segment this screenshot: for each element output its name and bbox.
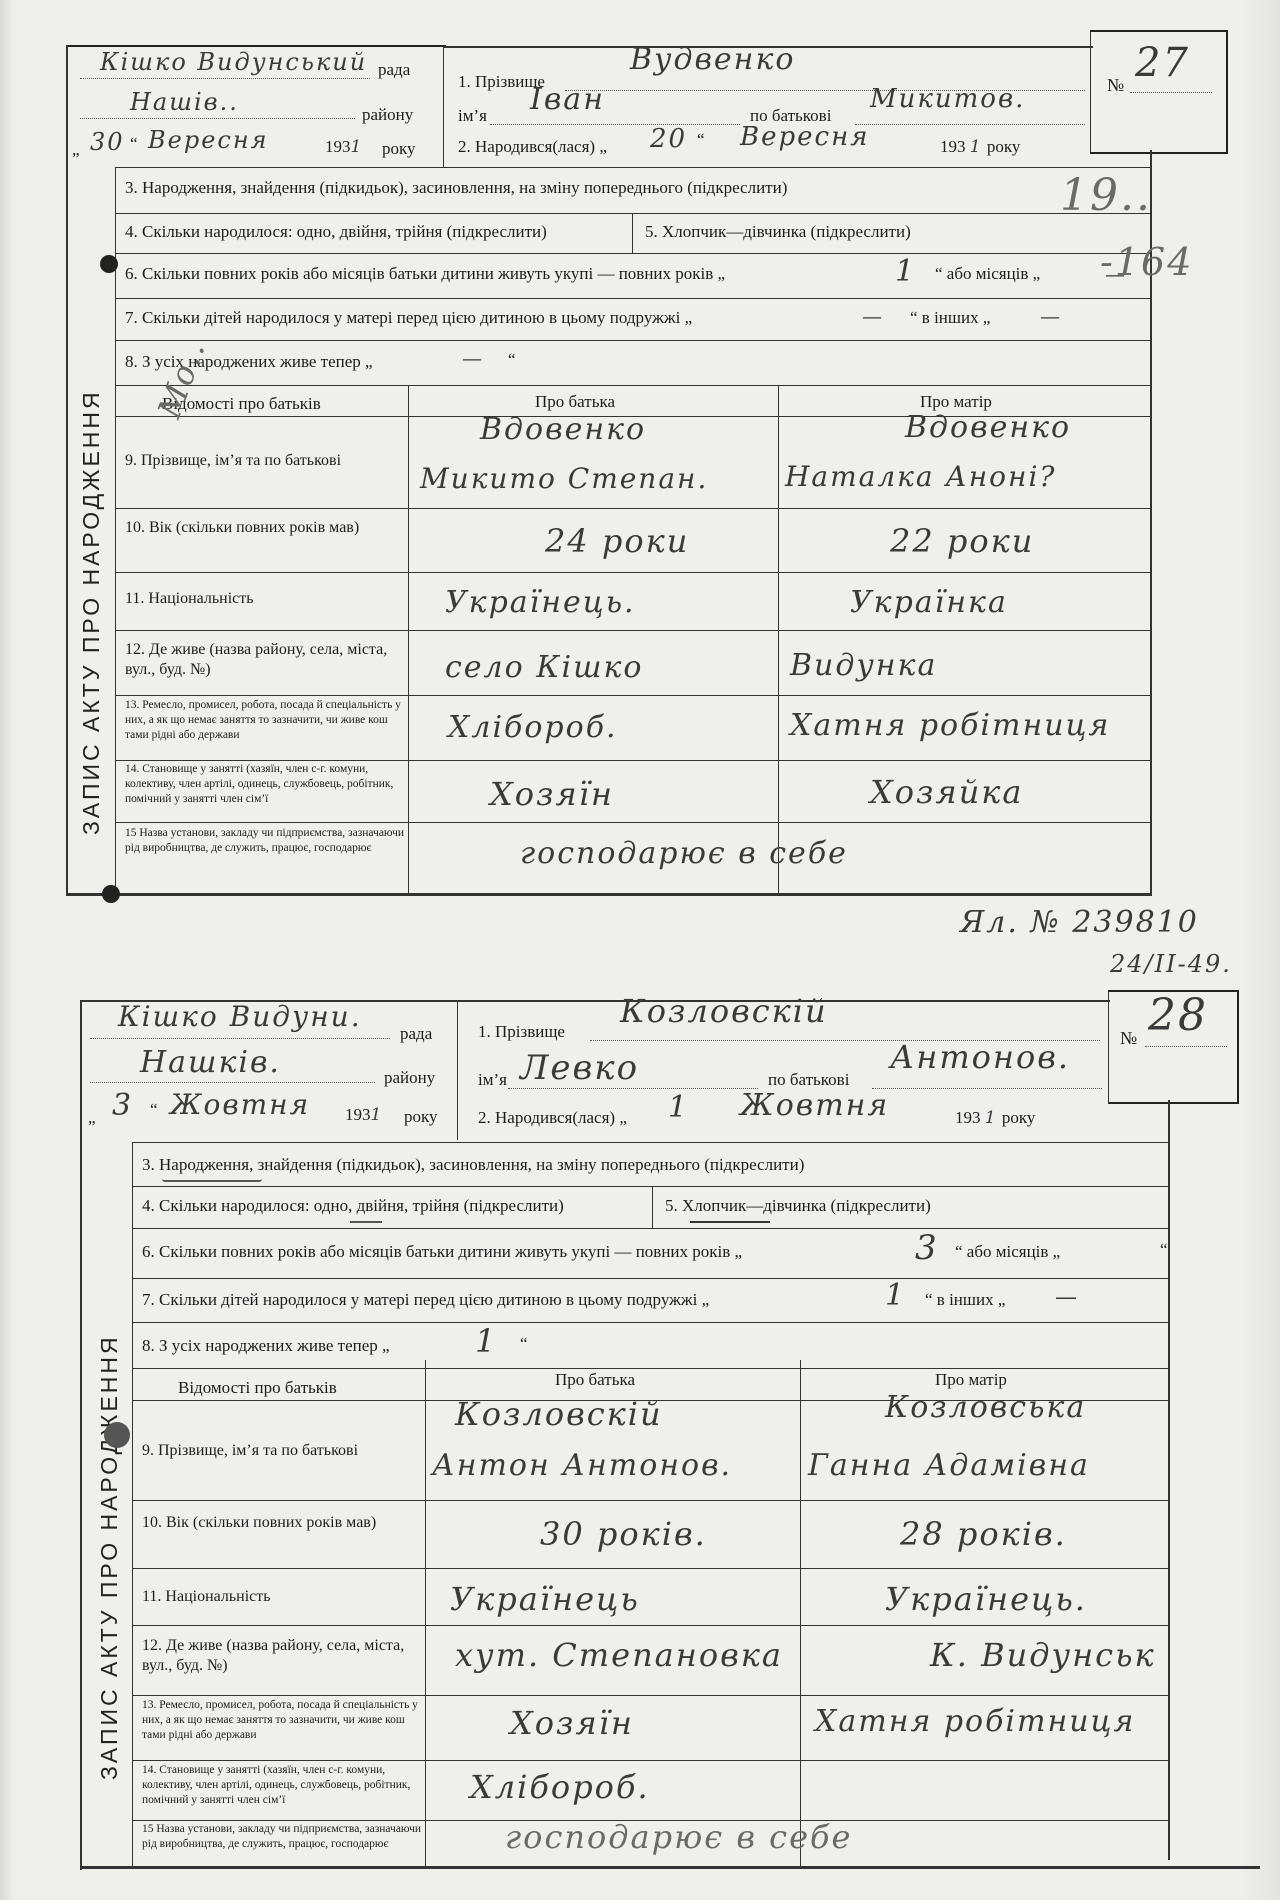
col-mother-header: Про матір — [920, 392, 992, 412]
year-digit: 1 — [970, 137, 983, 157]
rada-value: Кішко Видуни. — [118, 1000, 362, 1033]
father-workplace: господарює в себе — [520, 836, 848, 871]
row3-label: 3. Народження, знайдення (підкидьок), за… — [125, 178, 787, 198]
row6-label-a: 6. Скільки повних років або місяців бать… — [125, 264, 725, 284]
table-col-divider — [425, 1360, 426, 1866]
reg-day: 30 — [90, 128, 125, 156]
divider — [132, 1278, 1168, 1279]
row8-alive: 1 — [475, 1322, 497, 1360]
divider — [115, 340, 1150, 341]
r11-label: 11. Національність — [142, 1588, 271, 1606]
binding-hole — [102, 885, 120, 903]
year-prefix: 193 — [940, 137, 966, 156]
mother-age: 28 років. — [900, 1515, 1067, 1553]
quote-close: “ — [697, 130, 705, 150]
record-number: 28 — [1148, 990, 1208, 1041]
row5-underline-khlopchyk — [690, 1218, 770, 1223]
side-title: ЗАПИС АКТУ ПРО НАРОДЖЕННЯ — [78, 389, 105, 835]
r10-label: 10. Вік (скільки повних років мав) — [125, 518, 395, 538]
mother-nationality: Українець. — [885, 1580, 1087, 1618]
row7-this: 1 — [885, 1278, 906, 1313]
rada-label: рада — [400, 1024, 432, 1044]
father-occupation: Хозяїн — [510, 1704, 634, 1742]
birth-month: Вересня — [740, 122, 869, 152]
birth-record-form-27: Кішко Видунський рада Нашів.. району „ 3… — [0, 0, 1280, 950]
row8-alive: — — [462, 346, 484, 370]
divider — [132, 1500, 1168, 1501]
divider — [652, 1186, 653, 1228]
raion-value: Нашів.. — [130, 88, 239, 116]
mother-status: Хозяйка — [870, 773, 1023, 811]
row4-underline-odno — [350, 1218, 382, 1223]
raion-value: Нашків. — [140, 1045, 281, 1080]
divider — [132, 1322, 1168, 1323]
name-value: Левко — [520, 1048, 639, 1088]
mother-age: 22 роки — [890, 522, 1034, 560]
born-label: 2. Народився(лася) „ — [478, 1108, 627, 1128]
divider — [132, 1625, 1168, 1626]
quote-close: “ — [520, 1334, 528, 1354]
divider — [115, 572, 1150, 573]
birth-year: 193 1 року — [955, 1108, 1035, 1128]
number-sign: № — [1107, 75, 1124, 96]
mother-name-2: Наталка Аноні? — [785, 460, 1056, 493]
divider — [132, 1368, 1168, 1369]
quote-close: “ — [1160, 1240, 1168, 1260]
binding-hole — [100, 255, 118, 273]
quote-open: „ — [88, 1108, 96, 1128]
r15-label: 15 Назва установи, закладу чи підприємст… — [142, 1822, 422, 1852]
main-bottom-border — [80, 1866, 1260, 1869]
name-dotline — [490, 124, 740, 125]
patronymic-label: по батькові — [768, 1070, 849, 1090]
table-col-divider — [408, 385, 409, 893]
father-name-1: Вдовенко — [480, 412, 646, 447]
father-name-2: Антон Антонов. — [432, 1448, 732, 1483]
patronymic-value: Микитов. — [870, 84, 1025, 114]
r15-label: 15 Назва установи, закладу чи підприємст… — [125, 826, 405, 856]
father-residence: хут. Степановка — [455, 1636, 783, 1674]
father-name-2: Микито Степан. — [420, 462, 708, 495]
row8-label: 8. З усіх народжених живе тепер „ — [125, 352, 373, 372]
row5-label: 5. Хлопчик—дівчинка (підкреслити) — [645, 222, 911, 242]
year-prefix: 193 — [955, 1108, 981, 1127]
divider — [443, 48, 444, 168]
number-sign: № — [1120, 1028, 1137, 1049]
divider — [115, 298, 1150, 299]
r14-label: 14. Становище у занятті (хазяїн, член с-… — [125, 762, 405, 807]
r10-label: 10. Вік (скільки повних років мав) — [142, 1513, 417, 1533]
row7-other: — — [1040, 304, 1062, 328]
row6-years: 1 — [895, 254, 916, 289]
divider — [115, 253, 1150, 254]
divider — [115, 760, 1150, 761]
r14-label: 14. Становище у занятті (хазяїн, член с-… — [142, 1763, 422, 1808]
roku-label: року — [404, 1107, 438, 1127]
row6-label-a: 6. Скільки повних років або місяців бать… — [142, 1242, 742, 1262]
reg-year: 1931 — [325, 137, 363, 157]
mother-nationality: Українка — [850, 585, 1008, 620]
raion-label: району — [384, 1068, 435, 1088]
divider — [132, 1228, 1168, 1229]
divider — [115, 695, 1150, 696]
row8-label: 8. З усіх народжених живе тепер „ — [142, 1336, 390, 1356]
birth-year: 193 1 року — [940, 137, 1020, 157]
divider — [132, 1142, 1168, 1143]
row6-label-b: “ або місяців „ — [955, 1242, 1060, 1262]
year-digit: 1 — [985, 1108, 998, 1128]
margin-note-top-right: 19.. — [1060, 170, 1152, 221]
row7-label-b: “ в інших „ — [925, 1290, 1005, 1310]
row7-label-a: 7. Скільки дітей народилося у матері пер… — [125, 308, 692, 328]
mother-name-1: Козловська — [885, 1390, 1086, 1425]
mother-name-1: Вдовенко — [905, 410, 1071, 445]
main-left-border — [80, 1000, 82, 1870]
divider — [132, 1760, 1168, 1761]
father-status: Хлібороб. — [470, 1768, 650, 1806]
surname-value: Вудвенко — [630, 42, 795, 77]
rada-dotline — [90, 1038, 390, 1039]
divider — [115, 630, 1150, 631]
side-title: ЗАПИС АКТУ ПРО НАРОДЖЕННЯ — [96, 1334, 123, 1780]
quote-close: “ — [130, 134, 138, 154]
year-digit: 1 — [351, 137, 364, 157]
divider — [132, 1568, 1168, 1569]
row3-underline-narodzhennia — [162, 1176, 262, 1182]
r9-label: 9. Прізвище, ім’я та по батькові — [125, 452, 341, 470]
binding-hole — [104, 1422, 130, 1448]
r13-label: 13. Ремесло, промисел, робота, посада й … — [125, 698, 405, 743]
rows-left-border — [115, 167, 116, 895]
main-left-border — [66, 45, 68, 895]
roku-label: року — [1002, 1108, 1036, 1127]
divider — [457, 1000, 458, 1140]
birth-day: 1 — [668, 1090, 689, 1125]
quote-close: “ — [508, 350, 516, 370]
name-value: Іван — [530, 82, 605, 117]
roku-label: року — [382, 139, 416, 159]
patronymic-value: Антонов. — [890, 1038, 1070, 1076]
col-info-header: Відомості про батьків — [178, 1378, 337, 1398]
rows-left-border — [132, 1142, 133, 1866]
row7-label-b: “ в інших „ — [910, 308, 990, 328]
father-status: Хозяїн — [490, 775, 614, 813]
year-digit: 1 — [371, 1105, 384, 1125]
reg-month: Жовтня — [170, 1088, 310, 1121]
raion-label: району — [362, 105, 413, 125]
father-occupation: Хлібороб. — [448, 710, 618, 745]
name-label: ім’я — [458, 106, 487, 126]
name-label: ім’я — [478, 1070, 507, 1090]
rada-value: Кішко Видунський — [100, 48, 367, 76]
raion-dotline — [90, 1082, 375, 1083]
mother-occupation: Хатня робітниця — [790, 708, 1110, 743]
divider — [115, 508, 1150, 509]
raion-dotline — [80, 118, 355, 119]
born-label: 2. Народився(лася) „ — [458, 137, 607, 157]
year-prefix: 193 — [345, 1105, 371, 1124]
father-nationality: Українець — [450, 1580, 640, 1618]
surname-value: Козловскій — [620, 992, 828, 1030]
row7-other: — — [1055, 1285, 1079, 1310]
birth-record-form-28: Кішко Видуни. рада Нашків. району „ 3 “ … — [0, 960, 1280, 1900]
father-age: 30 років. — [540, 1515, 707, 1553]
father-name-1: Козловскій — [455, 1395, 663, 1433]
quote-open: „ — [72, 140, 80, 160]
quote-close: “ — [150, 1100, 158, 1120]
main-right-border — [1168, 1100, 1170, 1860]
rada-dotline — [80, 78, 370, 79]
divider — [132, 1186, 1168, 1187]
r9-label: 9. Прізвище, ім’я та по батькові — [142, 1442, 358, 1460]
father-workplace: господарює в себе — [505, 1818, 852, 1856]
reg-year: 1931 — [345, 1105, 383, 1125]
record-number: 27 — [1135, 40, 1190, 86]
number-dotline — [1130, 92, 1212, 93]
col-father-header: Про батька — [535, 392, 615, 412]
year-prefix: 193 — [325, 137, 351, 156]
mother-residence: К. Видунськ — [930, 1636, 1156, 1674]
number-dotline — [1145, 1046, 1227, 1047]
patronymic-dotline — [872, 1088, 1102, 1089]
divider — [132, 1695, 1168, 1696]
father-age: 24 роки — [545, 522, 689, 560]
col-mother-header: Про матір — [935, 1370, 1007, 1390]
row4-label: 4. Скільки народилося: одно, двійня, трі… — [142, 1196, 564, 1216]
mother-residence: Видунка — [790, 648, 937, 683]
birth-day: 20 — [650, 124, 687, 154]
patronymic-dotline — [855, 124, 1085, 125]
reg-day: 3 — [112, 1088, 133, 1123]
divider — [115, 385, 1150, 386]
main-bottom-border — [66, 893, 1152, 896]
roku-label: року — [987, 137, 1021, 156]
margin-note-top-right-2: -164 — [1100, 240, 1193, 284]
table-col-divider — [800, 1360, 801, 1866]
father-residence: село Кішко — [445, 650, 643, 685]
rada-label: рада — [378, 60, 410, 80]
row6-label-b: “ або місяців „ — [935, 264, 1040, 284]
mother-occupation: Хатня робітниця — [815, 1704, 1135, 1739]
birth-month: Жовтня — [740, 1088, 889, 1123]
col-father-header: Про батька — [555, 1370, 635, 1390]
row4-label: 4. Скільки народилося: одно, двійня, трі… — [125, 222, 547, 242]
reg-month: Вересня — [148, 126, 269, 154]
father-nationality: Українець. — [445, 585, 636, 620]
mother-name-2: Ганна Адамівна — [808, 1448, 1090, 1483]
row3-label: 3. Народження, знайдення (підкидьок), за… — [142, 1155, 804, 1175]
r12-label: 12. Де живе (назва району, села, міста, … — [142, 1636, 422, 1676]
surname-label: 1. Прізвище — [478, 1022, 565, 1042]
r11-label: 11. Національність — [125, 590, 254, 608]
divider — [632, 213, 633, 253]
row6-years: 3 — [915, 1228, 939, 1268]
r12-label: 12. Де живе (назва району, села, міста, … — [125, 640, 400, 680]
row3-text: 3. Народження, знайдення (підкидьок), за… — [142, 1155, 804, 1174]
row5-label: 5. Хлопчик—дівчинка (підкреслити) — [665, 1196, 931, 1216]
name-dotline — [508, 1088, 758, 1089]
table-col-divider — [778, 385, 779, 893]
divider — [115, 167, 1150, 168]
row7-this: — — [862, 304, 884, 328]
divider — [115, 822, 1150, 823]
row7-label-a: 7. Скільки дітей народилося у матері пер… — [142, 1290, 709, 1310]
r13-label: 13. Ремесло, промисел, робота, посада й … — [142, 1698, 422, 1743]
archive-note-line1: Ял. № 239810 — [960, 905, 1199, 940]
